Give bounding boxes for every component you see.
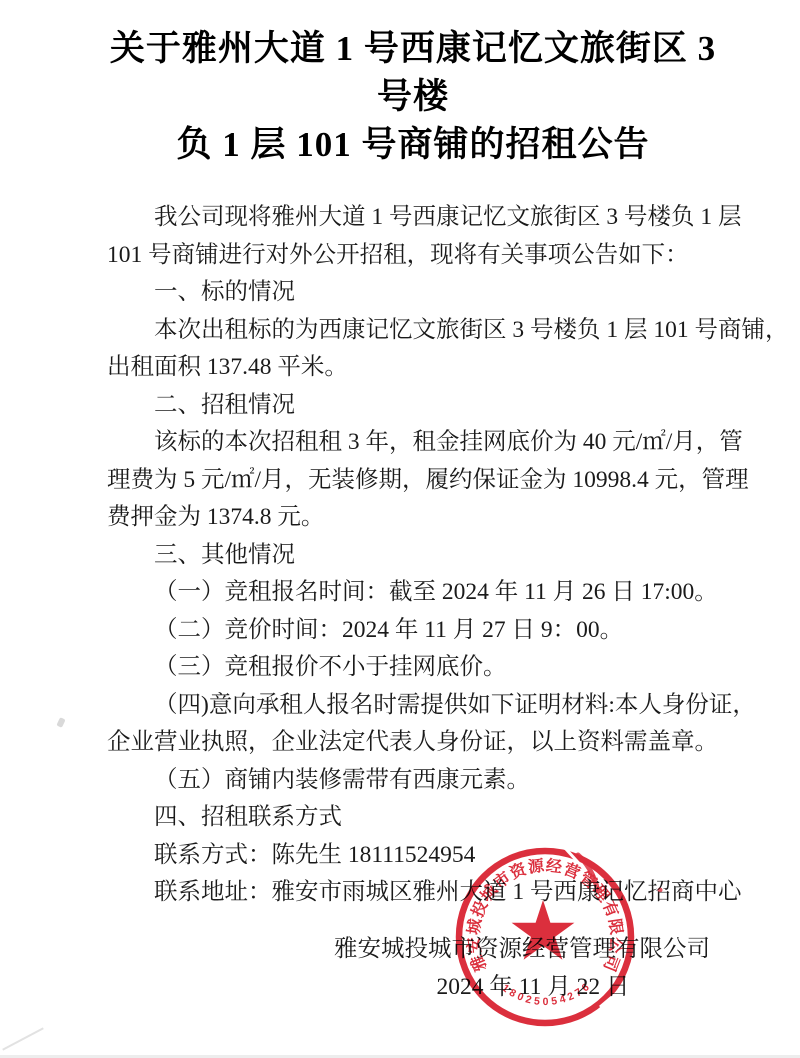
body-line: 费押金为 1374.8 元。 bbox=[107, 499, 719, 537]
signature-company: 雅安城投城市资源经营管理有限公司 bbox=[334, 931, 710, 969]
body-line: 理费为 5 元/㎡/月，无装修期，履约保证金为 10998.4 元，管理 bbox=[107, 462, 719, 500]
title-line-1: 关于雅州大道 1 号西康记忆文旅街区 3 号楼 bbox=[107, 25, 719, 121]
body-line: （四)意向承租人报名时需提供如下证明材料:本人身份证， bbox=[107, 687, 719, 725]
body-line: 三、其他情况 bbox=[107, 537, 719, 575]
body-line: 联系方式：陈先生 18111524954 bbox=[107, 837, 719, 875]
signature-date: 2024 年 11 月 22 日 bbox=[356, 969, 710, 1007]
body-line: 出租面积 137.48 平米。 bbox=[107, 349, 719, 387]
scan-speck bbox=[2, 1027, 44, 1050]
body-line: 我公司现将雅州大道 1 号西康记忆文旅街区 3 号楼负 1 层 bbox=[107, 199, 719, 237]
signature-block: 雅安城投城市资源经营管理有限公司 2024 年 11 月 22 日 bbox=[334, 931, 710, 1006]
body-line: （三）竞租报价不小于挂网底价。 bbox=[107, 649, 719, 687]
body-line: 本次出租标的为西康记忆文旅街区 3 号楼负 1 层 101 号商铺， bbox=[107, 312, 719, 350]
body-line: 101 号商铺进行对外公开招租，现将有关事项公告如下： bbox=[107, 237, 719, 275]
body-line: 联系地址：雅安市雨城区雅州大道 1 号西康记忆招商中心 bbox=[107, 874, 719, 912]
scan-speck bbox=[56, 717, 65, 728]
body-line: 二、招租情况 bbox=[107, 387, 719, 425]
body-line: （五）商铺内装修需带有西康元素。 bbox=[107, 762, 719, 800]
body-line: 该标的本次招租租 3 年，租金挂网底价为 40 元/㎡/月，管 bbox=[107, 424, 719, 462]
body-line: 企业营业执照，企业法定代表人身份证，以上资料需盖章。 bbox=[107, 724, 719, 762]
body-line: 四、招租联系方式 bbox=[107, 799, 719, 837]
title-line-2: 负 1 层 101 号商铺的招租公告 bbox=[107, 121, 719, 169]
document-body: 我公司现将雅州大道 1 号西康记忆文旅街区 3 号楼负 1 层101 号商铺进行… bbox=[107, 199, 719, 912]
document-title: 关于雅州大道 1 号西康记忆文旅街区 3 号楼 负 1 层 101 号商铺的招租… bbox=[107, 25, 719, 169]
body-line: （二）竞价时间：2024 年 11 月 27 日 9：00。 bbox=[107, 612, 719, 650]
announcement-document: 关于雅州大道 1 号西康记忆文旅街区 3 号楼 负 1 层 101 号商铺的招租… bbox=[0, 0, 800, 1058]
body-line: 一、标的情况 bbox=[107, 274, 719, 312]
body-line: （一）竞租报名时间：截至 2024 年 11 月 26 日 17:00。 bbox=[107, 574, 719, 612]
